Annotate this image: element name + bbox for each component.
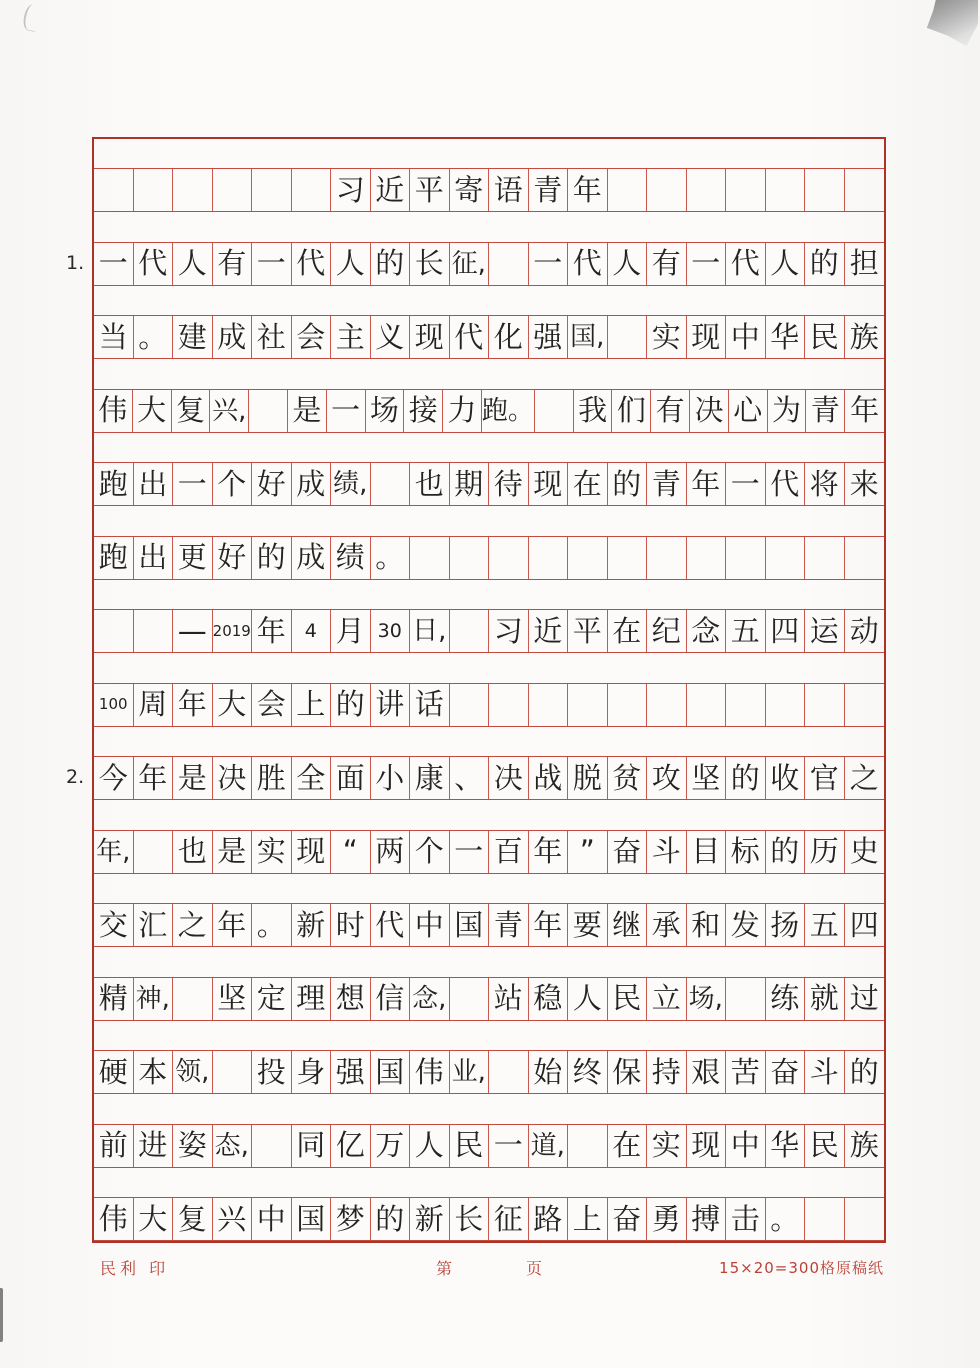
grid-cell: 伟 — [94, 1198, 134, 1240]
grid-cell: 年 — [568, 169, 608, 211]
grid-cell: 梦 — [331, 1198, 371, 1240]
grid-cell: 复 — [172, 390, 211, 432]
grid-cell: 奋 — [766, 1051, 806, 1093]
grid-cell: 斗 — [647, 831, 687, 873]
grid-cell — [766, 684, 806, 726]
grid-cell: 代 — [134, 243, 174, 285]
grid-cell: 有 — [213, 243, 253, 285]
grid-cell — [647, 169, 687, 211]
grid-cell: 扬 — [766, 904, 806, 946]
grid-cell: 的 — [845, 1051, 885, 1093]
grid-cell: 中 — [410, 904, 450, 946]
folded-corner-artifact — [914, 0, 978, 48]
printer-label: 民利 印 — [100, 1256, 169, 1279]
grid-row: 100周年大会上的讲话 — [94, 653, 884, 726]
grid-cell: 有 — [647, 243, 687, 285]
grid-cell: 之 — [173, 904, 213, 946]
grid-cell — [252, 1125, 292, 1167]
grid-cell — [173, 978, 213, 1020]
cell-strip: 伟大复兴中国梦的新长征路上奋勇搏击。 — [94, 1197, 884, 1241]
grid-cell: 奋 — [608, 831, 648, 873]
grid-cell: 跑 — [94, 537, 134, 579]
grid-cell: 近 — [371, 169, 411, 211]
grid-cell — [489, 1051, 529, 1093]
grid-cell: 的 — [371, 243, 411, 285]
grid-cell: 运 — [805, 610, 845, 652]
grid-row: 前进姿态,同亿万人民一道,在实现中华民族 — [94, 1094, 884, 1167]
grid-cell: 成 — [213, 316, 253, 358]
grid-cell: 国 — [371, 1051, 411, 1093]
grid-cell: 人 — [410, 1125, 450, 1167]
grid-cell: 亿 — [331, 1125, 371, 1167]
grid-cell — [845, 169, 885, 211]
grid-cell: 周 — [134, 684, 174, 726]
grid-cell: 信 — [371, 978, 411, 1020]
cell-strip: 100周年大会上的讲话 — [94, 683, 884, 727]
grid-cell: 的 — [608, 463, 648, 505]
grid-cell: 上 — [568, 1198, 608, 1240]
grid-cell: 长 — [450, 1198, 490, 1240]
grid-cell: 兴, — [210, 390, 249, 432]
grid-cell: 两 — [371, 831, 411, 873]
grid-cell — [213, 1051, 253, 1093]
grid-cell: 站 — [489, 978, 529, 1020]
paper-type-label: 15×20=300格原稿纸 — [719, 1257, 884, 1278]
grid-cell: 年 — [529, 904, 569, 946]
grid-cell: 交 — [94, 904, 134, 946]
grid-cell: 攻 — [647, 757, 687, 799]
grid-cell: 官 — [805, 757, 845, 799]
grid-cell: 2019 — [213, 610, 253, 652]
grid-cell: 全 — [292, 757, 332, 799]
grid-cell — [726, 169, 766, 211]
grid-cell: 中 — [252, 1198, 292, 1240]
grid-cell: 现 — [687, 316, 727, 358]
grid-cell: 要 — [568, 904, 608, 946]
grid-row: 交汇之年。新时代中国青年要继承和发扬五四 — [94, 874, 884, 947]
grid-cell: 立 — [647, 978, 687, 1020]
grid-cell: 在 — [608, 610, 648, 652]
grid-cell: 强 — [529, 316, 569, 358]
grid-cell: 伟 — [410, 1051, 450, 1093]
grid-cell: 国 — [292, 1198, 332, 1240]
cell-strip: —2019年4月30日,习近平在纪念五四运动 — [94, 609, 884, 653]
grid-cell: 100 — [94, 684, 134, 726]
grid-cell — [535, 390, 574, 432]
grid-cell: 日, — [410, 610, 450, 652]
grid-cell — [726, 537, 766, 579]
grid-cell: 人 — [331, 243, 371, 285]
grid-cell: 人 — [173, 243, 213, 285]
grid-cell: 同 — [292, 1125, 332, 1167]
grid-cell: 今 — [94, 757, 134, 799]
grid-cell: 一 — [450, 831, 490, 873]
grid-cell: 想 — [331, 978, 371, 1020]
grid-cell — [134, 169, 174, 211]
grid-cell: 习 — [331, 169, 371, 211]
grid-cell: 搏 — [687, 1198, 727, 1240]
grid-cell: 大 — [134, 1198, 174, 1240]
grid-cell: 主 — [331, 316, 371, 358]
grid-cell: 会 — [252, 684, 292, 726]
grid-cell — [450, 684, 490, 726]
grid-cell: 当 — [94, 316, 134, 358]
cell-strip: 一代人有一代人的长征,一代人有一代人的担 — [94, 242, 884, 286]
grid-cell: 化 — [489, 316, 529, 358]
grid-cell: 时 — [331, 904, 371, 946]
grid-cell: 四 — [766, 610, 806, 652]
paper-footer: 民利 印 第 页 15×20=300格原稿纸 — [92, 1256, 886, 1280]
grid-cell — [805, 684, 845, 726]
grid-cell: 青 — [529, 169, 569, 211]
grid-cell: 实 — [647, 316, 687, 358]
grid-cell: 年 — [134, 757, 174, 799]
grid-cell: 民 — [608, 978, 648, 1020]
grid-cell: 康 — [410, 757, 450, 799]
grid-cell: 的 — [805, 243, 845, 285]
grid-row: —2019年4月30日,习近平在纪念五四运动 — [94, 580, 884, 653]
grid-cell: 五 — [726, 610, 766, 652]
manuscript-paper-photo: 习近平寄语青年一代人有一代人的长征,一代人有一代人的担1.当。建成社会主义现代化… — [0, 0, 980, 1368]
grid-cell: 中 — [726, 316, 766, 358]
grid-cell: 保 — [608, 1051, 648, 1093]
grid-cell: 话 — [410, 684, 450, 726]
grid-cell: 4 — [292, 610, 332, 652]
grid-cell — [568, 684, 608, 726]
grid-cell — [608, 316, 648, 358]
grid-row: 硬本领,投身强国伟业,始终保持艰苦奋斗的 — [94, 1021, 884, 1094]
grid-cell: 小 — [371, 757, 411, 799]
grid-cell: 过 — [845, 978, 885, 1020]
grid-cell: 代 — [726, 243, 766, 285]
grid-cell: 社 — [252, 316, 292, 358]
grid-cell — [568, 1125, 608, 1167]
grid-cell: 年 — [845, 390, 884, 432]
grid-cell: 路 — [529, 1198, 569, 1240]
grid-cell: 青 — [806, 390, 845, 432]
cell-strip: 习近平寄语青年 — [94, 168, 884, 212]
grid-cell: 年 — [687, 463, 727, 505]
grid-cell: 现 — [292, 831, 332, 873]
grid-cell — [450, 610, 490, 652]
grid-cell: 华 — [766, 1125, 806, 1167]
grid-cell — [94, 610, 134, 652]
grid-cell — [845, 684, 885, 726]
grid-cell — [726, 978, 766, 1020]
grid-cell: 斗 — [805, 1051, 845, 1093]
grid-cell: 建 — [173, 316, 213, 358]
grid-cell: 新 — [410, 1198, 450, 1240]
grid-cell: 代 — [450, 316, 490, 358]
grid-cell: 前 — [94, 1125, 134, 1167]
grid-cell: 艰 — [687, 1051, 727, 1093]
grid-cell — [450, 978, 490, 1020]
grid-cell: 目 — [687, 831, 727, 873]
grid-cell: 汇 — [134, 904, 174, 946]
grid-cell: 人 — [608, 243, 648, 285]
grid-cell: 平 — [410, 169, 450, 211]
grid-cell: 征 — [489, 1198, 529, 1240]
grid-cell: 念 — [687, 610, 727, 652]
grid-cell: 之 — [845, 757, 885, 799]
grid-cell: 我 — [574, 390, 613, 432]
grid-cell: 伟 — [94, 390, 133, 432]
grid-cell: 身 — [292, 1051, 332, 1093]
grid-cell — [134, 831, 174, 873]
grid-cell: 万 — [371, 1125, 411, 1167]
grid-cell: 标 — [726, 831, 766, 873]
grid-cell: 念, — [410, 978, 450, 1020]
grid-cell: 承 — [647, 904, 687, 946]
grid-cell — [805, 537, 845, 579]
grid-cell: 寄 — [450, 169, 490, 211]
grid-cell: 收 — [766, 757, 806, 799]
grid-cell: 姿 — [173, 1125, 213, 1167]
grid-cell: 奋 — [608, 1198, 648, 1240]
grid-cell: 好 — [252, 463, 292, 505]
grid-cell — [766, 169, 806, 211]
grid-cell: 。 — [371, 537, 411, 579]
cell-strip: 硬本领,投身强国伟业,始终保持艰苦奋斗的 — [94, 1050, 884, 1094]
grid-cell: 进 — [134, 1125, 174, 1167]
grid-cell: 四 — [845, 904, 885, 946]
grid-cell: 复 — [173, 1198, 213, 1240]
grid-cell — [450, 537, 490, 579]
grid-cell — [687, 169, 727, 211]
grid-cell: 心 — [729, 390, 768, 432]
grid-cell — [489, 684, 529, 726]
pen-squiggle-artifact — [21, 3, 40, 32]
grid-cell — [805, 1198, 845, 1240]
grid-cell: 人 — [766, 243, 806, 285]
grid-cell: 现 — [529, 463, 569, 505]
grid-cell — [529, 684, 569, 726]
cell-strip: 当。建成社会主义现代化强国,实现中华民族 — [94, 315, 884, 359]
grid-cell: 一 — [252, 243, 292, 285]
grid-cell: 代 — [292, 243, 332, 285]
grid-cell: 民 — [450, 1125, 490, 1167]
grid-cell: 史 — [845, 831, 885, 873]
grid-cell: 青 — [489, 904, 529, 946]
grid-cell: 决 — [690, 390, 729, 432]
grid-cell: 族 — [845, 316, 885, 358]
grid-cell: 年 — [213, 904, 253, 946]
grid-cell: 大 — [133, 390, 172, 432]
grid-cell: 的 — [252, 537, 292, 579]
grid-cell — [766, 537, 806, 579]
grid-cell: 更 — [173, 537, 213, 579]
grid-cell: 稳 — [529, 978, 569, 1020]
page-number-label: 第 页 — [436, 1256, 542, 1279]
grid-cell: 、 — [450, 757, 490, 799]
grid-cell: 出 — [134, 537, 174, 579]
grid-cell: 成 — [292, 537, 332, 579]
grid-cell: 也 — [410, 463, 450, 505]
cell-strip: 跑出更好的成绩。 — [94, 536, 884, 580]
grid-cell — [173, 169, 213, 211]
grid-cell: 在 — [568, 463, 608, 505]
grid-cell: 历 — [805, 831, 845, 873]
grid-cell: 一 — [529, 243, 569, 285]
grid-cell: 。 — [766, 1198, 806, 1240]
grid-cell: 击 — [726, 1198, 766, 1240]
cell-strip: 交汇之年。新时代中国青年要继承和发扬五四 — [94, 903, 884, 947]
grid-cell: 月 — [331, 610, 371, 652]
grid-cell: 精 — [94, 978, 134, 1020]
grid-cell: 好 — [213, 537, 253, 579]
grid-cell: 来 — [845, 463, 885, 505]
grid-cell: 国 — [450, 904, 490, 946]
grid-cell: 勇 — [647, 1198, 687, 1240]
grid-cell: 代 — [766, 463, 806, 505]
grid-cell: 有 — [651, 390, 690, 432]
grid-cell: 一 — [94, 243, 134, 285]
grid-cell — [134, 610, 174, 652]
grid-cell: 坚 — [213, 978, 253, 1020]
grid-cell — [529, 537, 569, 579]
grid-cell: 理 — [292, 978, 332, 1020]
grid-row: 伟大复兴中国梦的新长征路上奋勇搏击。 — [94, 1168, 884, 1241]
cell-strip: 跑出一个好成绩,也期待现在的青年一代将来 — [94, 462, 884, 506]
grid-cell: 一 — [489, 1125, 529, 1167]
grid-cell — [213, 169, 253, 211]
grid-cell — [608, 169, 648, 211]
page-edge-artifact — [0, 1288, 3, 1342]
grid-cell — [568, 537, 608, 579]
grid-cell: 习 — [489, 610, 529, 652]
grid-cell: 个 — [410, 831, 450, 873]
grid-cell: 征, — [450, 243, 490, 285]
grid-cell: 现 — [410, 316, 450, 358]
grid-cell — [252, 169, 292, 211]
grid-cell: 态, — [213, 1125, 253, 1167]
grid-cell: 场, — [687, 978, 727, 1020]
grid-cell: 会 — [292, 316, 332, 358]
grid-cell — [647, 684, 687, 726]
grid-cell: 力 — [443, 390, 482, 432]
cell-strip: 年,也是实现“两个一百年”奋斗目标的历史 — [94, 830, 884, 874]
grid-cell — [292, 169, 332, 211]
grid-cell: 业, — [450, 1051, 490, 1093]
grid-cell: 30 — [371, 610, 411, 652]
page-label-prefix: 第 — [436, 1256, 452, 1279]
grid-cell: 年 — [529, 831, 569, 873]
grid-cell: 现 — [687, 1125, 727, 1167]
grid-cell: 跑 — [94, 463, 134, 505]
grid-cell: 定 — [252, 978, 292, 1020]
grid-cell: 一 — [173, 463, 213, 505]
grid-cell: 青 — [647, 463, 687, 505]
list-number-marker: 2. — [66, 766, 84, 788]
grid-cell: 领, — [173, 1051, 213, 1093]
grid-cell — [410, 537, 450, 579]
grid-cell: 场 — [366, 390, 405, 432]
grid-cell: 的 — [371, 1198, 411, 1240]
grid-cell: 近 — [529, 610, 569, 652]
grid-cell: 面 — [331, 757, 371, 799]
grid-cell: 一 — [687, 243, 727, 285]
grid-cell: 。 — [134, 316, 174, 358]
grid-cell — [647, 537, 687, 579]
grid-row: 今年是决胜全面小康、决战脱贫攻坚的收官之2. — [94, 727, 884, 800]
grid-cell: 动 — [845, 610, 885, 652]
grid-cell — [805, 169, 845, 211]
grid-cell — [489, 537, 529, 579]
grid-cell: 民 — [805, 316, 845, 358]
grid-cell: 新 — [292, 904, 332, 946]
grid-cell: 兴 — [213, 1198, 253, 1240]
grid-row: 当。建成社会主义现代化强国,实现中华民族 — [94, 286, 884, 359]
grid-cell: 坚 — [687, 757, 727, 799]
grid-cell: 们 — [612, 390, 651, 432]
grid-cell: 的 — [766, 831, 806, 873]
grid-cell: 成 — [292, 463, 332, 505]
grid-cell: 纪 — [647, 610, 687, 652]
grid-cell: 本 — [134, 1051, 174, 1093]
grid-cell — [687, 684, 727, 726]
grid-cell: 是 — [213, 831, 253, 873]
grid-cell: 族 — [845, 1125, 885, 1167]
grid-cell — [489, 243, 529, 285]
grid-cell — [845, 1198, 885, 1240]
grid-cell: 将 — [805, 463, 845, 505]
grid-cell: 投 — [252, 1051, 292, 1093]
page-label-suffix: 页 — [526, 1256, 542, 1279]
grid-cell: 终 — [568, 1051, 608, 1093]
grid-row: 精神,坚定理想信念,站稳人民立场,练就过 — [94, 947, 884, 1020]
cell-strip: 前进姿态,同亿万人民一道,在实现中华民族 — [94, 1124, 884, 1168]
grid-cell: 期 — [450, 463, 490, 505]
grid-cell: 接 — [404, 390, 443, 432]
grid-cell: 绩, — [331, 463, 371, 505]
grid-cell: 强 — [331, 1051, 371, 1093]
grid-cell: 一 — [726, 463, 766, 505]
grid-cell: 实 — [647, 1125, 687, 1167]
grid-cell: 决 — [213, 757, 253, 799]
grid-cell: 华 — [766, 316, 806, 358]
grid-cell: 是 — [288, 390, 327, 432]
grid-cell: ” — [568, 831, 608, 873]
grid-cell: 个 — [213, 463, 253, 505]
grid-cell: 平 — [568, 610, 608, 652]
grid-cell: 的 — [331, 684, 371, 726]
grid-cell: 长 — [410, 243, 450, 285]
grid-cell: 讲 — [371, 684, 411, 726]
grid-cell: — — [173, 610, 213, 652]
grid-cell: “ — [331, 831, 371, 873]
grid-cell: 义 — [371, 316, 411, 358]
grid-cell: 人 — [568, 978, 608, 1020]
paper-grid: 习近平寄语青年一代人有一代人的长征,一代人有一代人的担1.当。建成社会主义现代化… — [92, 137, 886, 1243]
grid-cell: 年, — [94, 831, 134, 873]
grid-cell: 胜 — [252, 757, 292, 799]
grid-cell: 道, — [529, 1125, 569, 1167]
grid-cell: 继 — [608, 904, 648, 946]
grid-cell: 持 — [647, 1051, 687, 1093]
grid-cell: 也 — [173, 831, 213, 873]
grid-cell: 脱 — [568, 757, 608, 799]
grid-cell: 出 — [134, 463, 174, 505]
grid-cell — [608, 684, 648, 726]
grid-cell: 决 — [489, 757, 529, 799]
grid-cell: 硬 — [94, 1051, 134, 1093]
grid-cell: 在 — [608, 1125, 648, 1167]
grid-cell: 民 — [805, 1125, 845, 1167]
grid-cell: 的 — [726, 757, 766, 799]
grid-cell: 担 — [845, 243, 885, 285]
grid-cell: 代 — [568, 243, 608, 285]
grid-cell: 国, — [568, 316, 608, 358]
